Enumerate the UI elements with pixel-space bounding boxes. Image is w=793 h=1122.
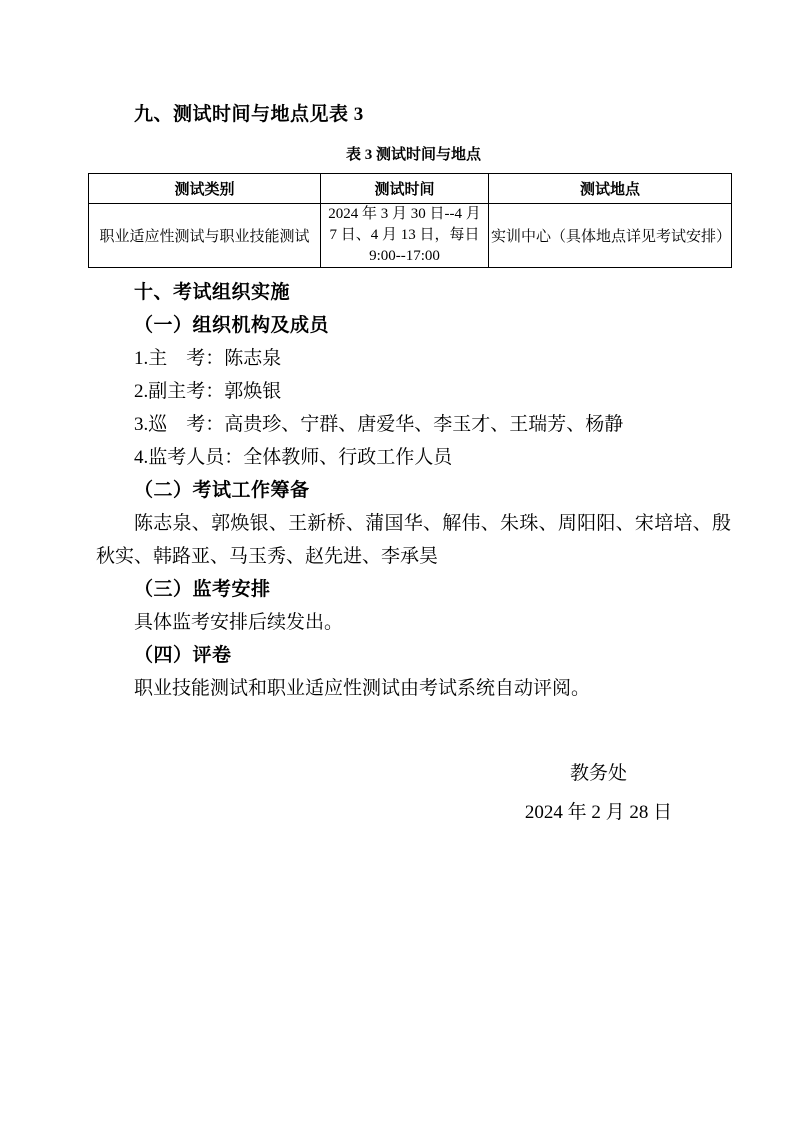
signature-block: 教务处 2024 年 2 月 28 日 bbox=[466, 757, 731, 829]
sub3-heading: （三）监考安排 bbox=[96, 573, 731, 606]
cell-test-location: 实训中心（具体地点详见考试安排） bbox=[489, 204, 732, 268]
section9-heading: 九、测试时间与地点见表 3 bbox=[96, 103, 731, 127]
table-row: 职业适应性测试与职业技能测试 2024 年 3 月 30 日--4 月 7 日、… bbox=[89, 204, 732, 268]
sub4-heading: （四）评卷 bbox=[96, 639, 731, 672]
cell-test-time: 2024 年 3 月 30 日--4 月 7 日、4 月 13 日，每日 9:0… bbox=[321, 204, 489, 268]
sub3-body: 具体监考安排后续发出。 bbox=[96, 606, 731, 639]
sub4-body: 职业技能测试和职业适应性测试由考试系统自动评阅。 bbox=[96, 672, 731, 705]
table3-caption: 表 3 测试时间与地点 bbox=[96, 147, 731, 163]
column-header-category: 测试类别 bbox=[89, 174, 321, 204]
table-header-row: 测试类别 测试时间 测试地点 bbox=[89, 174, 732, 204]
list-item-invigilators: 4.监考人员：全体教师、行政工作人员 bbox=[96, 441, 731, 474]
sub2-heading: （二）考试工作筹备 bbox=[96, 474, 731, 507]
schedule-table: 测试类别 测试时间 测试地点 职业适应性测试与职业技能测试 2024 年 3 月… bbox=[88, 173, 732, 268]
list-item-deputy-examiner: 2.副主考：郭焕银 bbox=[96, 375, 731, 408]
signature-date: 2024 年 2 月 28 日 bbox=[466, 796, 731, 829]
signature-department: 教务处 bbox=[466, 757, 731, 790]
document-page: 九、测试时间与地点见表 3 表 3 测试时间与地点 测试类别 测试时间 测试地点… bbox=[0, 0, 793, 1122]
column-header-location: 测试地点 bbox=[489, 174, 732, 204]
column-header-time: 测试时间 bbox=[321, 174, 489, 204]
list-item-chief-examiner: 1.主 考：陈志泉 bbox=[96, 342, 731, 375]
sub2-body: 陈志泉、郭焕银、王新桥、蒲国华、解伟、朱珠、周阳阳、宋培培、殷秋实、韩路亚、马玉… bbox=[96, 507, 731, 573]
list-item-inspectors: 3.巡 考：高贵珍、宁群、唐爱华、李玉才、王瑞芳、杨静 bbox=[96, 408, 731, 441]
document-content: 九、测试时间与地点见表 3 表 3 测试时间与地点 测试类别 测试时间 测试地点… bbox=[96, 103, 731, 829]
section10-heading: 十、考试组织实施 bbox=[96, 276, 731, 309]
sub1-heading: （一）组织机构及成员 bbox=[96, 309, 731, 342]
cell-test-category: 职业适应性测试与职业技能测试 bbox=[89, 204, 321, 268]
